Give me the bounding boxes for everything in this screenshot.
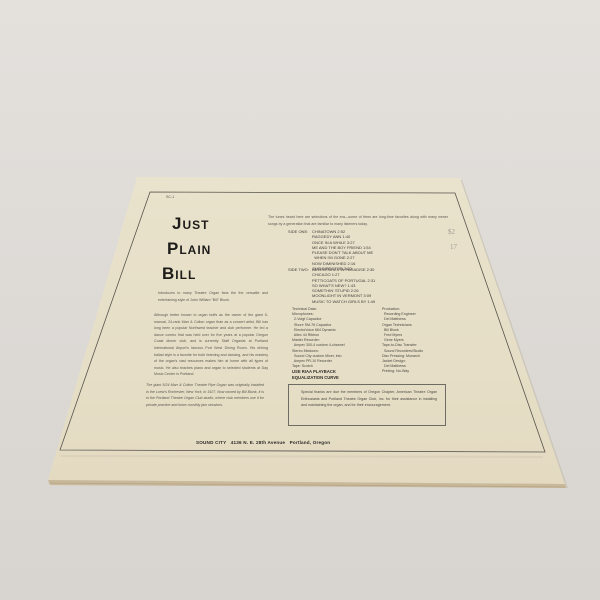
cover-content: SC-1 JUST PLAIN BILL Introduces to many … — [150, 200, 475, 432]
footer-city: Portland, Oregon — [290, 440, 331, 445]
track: MUSIC TO WATCH GIRLS BY 1:49 — [312, 299, 375, 304]
side-one-tracklist: CHINATOWN 2:52 RAGGEDY ANN 1:40 ONCE IN … — [312, 229, 373, 271]
footer-address: SOUND CITY 4136 N. E. 28th Avenue Portla… — [196, 440, 330, 445]
organ-paragraph: The giant 5/24 Marr & Colton Theatre Pip… — [146, 382, 264, 408]
riaa-note: EQUALIZATION CURVE — [292, 375, 345, 381]
production-credits: Production: Recording Engineer Del Matth… — [382, 307, 423, 375]
intro-paragraph: Introduces to many Theatre Organ fans th… — [158, 290, 268, 303]
title-word-bill: BILL — [162, 264, 196, 284]
footer-company: SOUND CITY — [196, 440, 226, 445]
title-word-plain: PLAIN — [167, 239, 211, 259]
special-thanks-text: Special thanks are due the members of Or… — [301, 389, 437, 409]
technical-data: Technical Data: Microphones: 2-Voigt Cap… — [292, 307, 345, 381]
bio-paragraph: Although better known to organ buffs as … — [154, 312, 268, 378]
side-one-label: SIDE ONE: — [288, 229, 308, 234]
side-two-tracklist: ADVENTURES IN PARADISE 2:30 CHICAGO 1:27… — [312, 267, 375, 304]
intro-right-paragraph: The tunes heard here are selections of t… — [268, 214, 448, 227]
catalog-number: SC-1 — [166, 194, 174, 201]
footer-street: 4136 N. E. 28th Avenue — [231, 440, 285, 445]
pencil-price-mark: $2 — [448, 228, 455, 236]
pencil-mark: 17 — [450, 243, 457, 251]
side-two-label: SIDE TWO: — [288, 267, 309, 272]
special-thanks-box: Special thanks are due the members of Or… — [288, 384, 446, 426]
title-word-just: JUST — [172, 214, 209, 234]
production-line: Printing: No-Way — [382, 369, 423, 374]
